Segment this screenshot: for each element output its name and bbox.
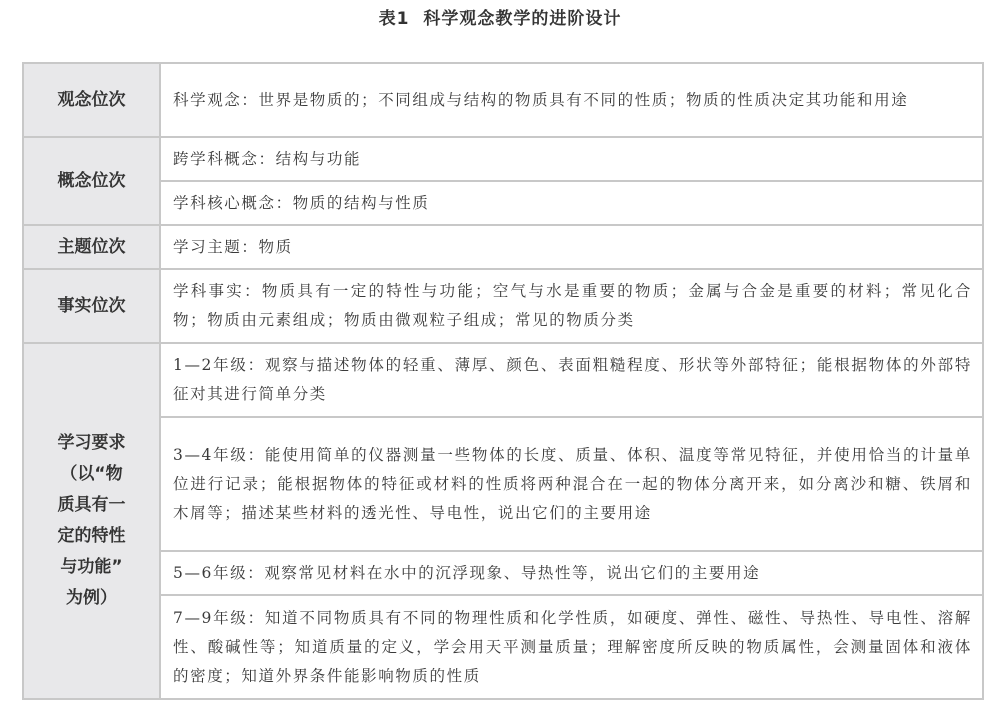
row-label-learning-requirements: 学习要求 （以“物 质具有一 定的特性 与功能” 为例） [23,343,160,699]
table-row-grade-5-6: 5—6年级：观察常见材料在水中的沉浮现象、导热性等，说出它们的主要用途 [23,551,983,595]
table-number: 表1 [379,9,410,29]
row-label-fact-level: 事实位次 [23,269,160,343]
row-label-concept-level: 观念位次 [23,63,160,137]
row-label-idea-level: 概念位次 [23,137,160,225]
table-caption: 表1科学观念教学的进阶设计 [0,6,1000,32]
table-row-grade-7-9: 7—9年级：知道不同物质具有不同的物理性质和化学性质，如硬度、弹性、磁性、导热性… [23,595,983,699]
table-title: 科学观念教学的进阶设计 [423,9,621,29]
cell-discipline-facts: 学科事实：物质具有一定的特性与功能；空气与水是重要的物质；金属与合金是重要的材料… [160,269,983,343]
label-line: 质具有一 [34,490,149,521]
label-line: 与功能” [34,552,149,583]
label-line: （以“物 [34,459,149,490]
table-row-idea-level-2: 学科核心概念：物质的结构与性质 [23,181,983,225]
cell-grade-7-9: 7—9年级：知道不同物质具有不同的物理性质和化学性质，如硬度、弹性、磁性、导热性… [160,595,983,699]
label-line: 为例） [34,583,149,614]
table-row-theme-level: 主题位次 学习主题：物质 [23,225,983,269]
table-row-grade-1-2: 学习要求 （以“物 质具有一 定的特性 与功能” 为例） 1—2年级：观察与描述… [23,343,983,417]
progression-design-table: 观念位次 科学观念：世界是物质的；不同组成与结构的物质具有不同的性质；物质的性质… [22,62,984,700]
cell-grade-5-6: 5—6年级：观察常见材料在水中的沉浮现象、导热性等，说出它们的主要用途 [160,551,983,595]
cell-learning-theme: 学习主题：物质 [160,225,983,269]
table-row-grade-3-4: 3—4年级：能使用简单的仪器测量一些物体的长度、质量、体积、温度等常见特征，并使… [23,417,983,551]
label-line: 学习要求 [34,428,149,459]
table-row-concept-level: 观念位次 科学观念：世界是物质的；不同组成与结构的物质具有不同的性质；物质的性质… [23,63,983,137]
cell-core-discipline-concept: 学科核心概念：物质的结构与性质 [160,181,983,225]
cell-scientific-concept: 科学观念：世界是物质的；不同组成与结构的物质具有不同的性质；物质的性质决定其功能… [160,63,983,137]
table-row-idea-level-1: 概念位次 跨学科概念：结构与功能 [23,137,983,181]
row-label-theme-level: 主题位次 [23,225,160,269]
label-line: 定的特性 [34,521,149,552]
cell-cross-discipline-concept: 跨学科概念：结构与功能 [160,137,983,181]
cell-grade-1-2: 1—2年级：观察与描述物体的轻重、薄厚、颜色、表面粗糙程度、形状等外部特征；能根… [160,343,983,417]
cell-grade-3-4: 3—4年级：能使用简单的仪器测量一些物体的长度、质量、体积、温度等常见特征，并使… [160,417,983,551]
table-row-fact-level: 事实位次 学科事实：物质具有一定的特性与功能；空气与水是重要的物质；金属与合金是… [23,269,983,343]
